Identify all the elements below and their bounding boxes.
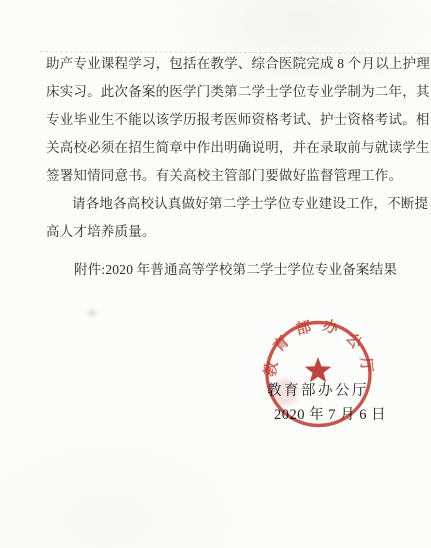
document-page: 助产专业课程学习，包括在教学、综合医院完成 8 个月以上护理临 床实习。此次备案… xyxy=(0,0,431,548)
body-line: 床实习。此次备案的医学门类第二学士学位专业学制为二年，其 xyxy=(46,78,427,106)
seal-arc-text-holder: 教育部办公厅 xyxy=(262,315,376,382)
body-line: 签署知情同意书。有关高校主管部门要做好监督管理工作。 xyxy=(46,162,427,190)
scan-smudge xyxy=(84,306,100,320)
document-body: 助产专业课程学习，包括在教学、综合医院完成 8 个月以上护理临 床实习。此次备案… xyxy=(46,50,427,246)
issue-date: 2020 年 7 月 6 日 xyxy=(274,403,386,424)
body-line: 关高校必须在招生简章中作出明确说明，并在录取前与就读学生 xyxy=(46,134,427,162)
body-line: 专业毕业生不能以该学历报考医师资格考试、护士资格考试。相 xyxy=(46,106,427,134)
body-line: 请各地各高校认真做好第二学士学位专业建设工作，不断提 xyxy=(46,190,427,218)
seal-arc-text: 教育部办公厅 xyxy=(262,315,376,382)
issuer-signature: 教育部办公厅 xyxy=(267,379,369,400)
body-line: 助产专业课程学习，包括在教学、综合医院完成 8 个月以上护理临 xyxy=(46,50,427,78)
body-line: 高人才培养质量。 xyxy=(46,218,427,246)
attachment-line: 附件:2020 年普通高等学校第二学士学位专业备案结果 xyxy=(74,256,397,284)
